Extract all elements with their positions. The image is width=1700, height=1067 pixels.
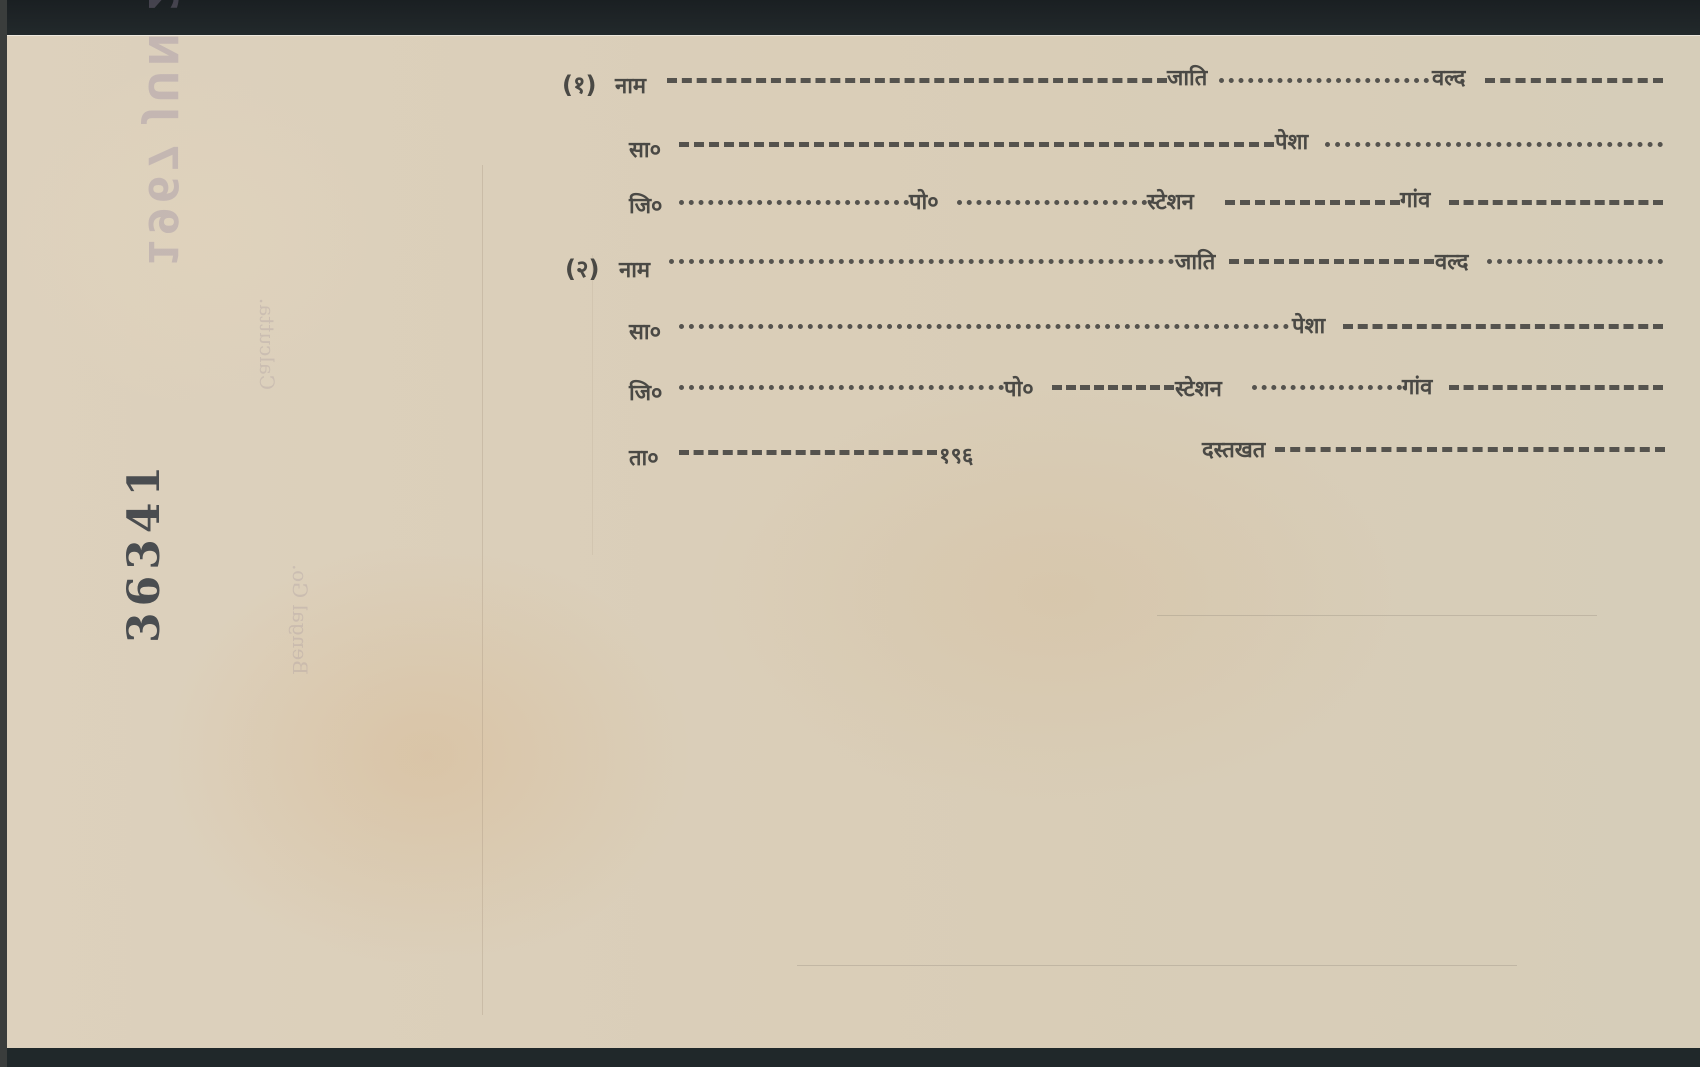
district-field[interactable]: [679, 200, 909, 205]
date-label: ता०: [629, 445, 659, 473]
village-field[interactable]: [1449, 200, 1663, 205]
post-field[interactable]: [957, 200, 1147, 205]
station-field[interactable]: [1225, 200, 1400, 205]
residence-label: सा०: [629, 319, 661, 347]
post-field[interactable]: [1052, 385, 1174, 390]
show-through-text: Bengal Go.: [288, 564, 312, 675]
show-through-line: [1157, 615, 1597, 616]
caste-field[interactable]: [1219, 78, 1429, 83]
section1-row-name: (१) नाम जाति वल्द: [7, 73, 1700, 113]
occupation-label: पेशा: [1275, 129, 1308, 157]
post-label: पो०: [909, 189, 939, 217]
father-field[interactable]: [1487, 259, 1663, 264]
father-label: वल्द: [1432, 65, 1465, 93]
serial-number: 36341: [119, 460, 170, 643]
village-label: गांव: [1402, 374, 1432, 402]
show-through-line: [797, 965, 1517, 966]
section2-row-district: जि० पो० स्टेशन गांव: [7, 380, 1700, 420]
name-field[interactable]: [667, 78, 1167, 83]
caste-field[interactable]: [1229, 259, 1434, 264]
district-label: जि०: [629, 193, 662, 221]
scanner-background-left: [0, 0, 7, 1067]
occupation-field[interactable]: [1325, 142, 1663, 147]
occupation-field[interactable]: [1343, 324, 1663, 329]
district-label: जि०: [629, 380, 662, 408]
signature-field[interactable]: [1275, 447, 1665, 452]
district-field[interactable]: [679, 385, 1004, 390]
station-label: स्टेशन: [1147, 189, 1194, 217]
section2-number: (२): [565, 255, 599, 283]
section1-number: (१): [562, 71, 596, 99]
residence-field[interactable]: [679, 324, 1289, 329]
caste-label: जाति: [1167, 65, 1207, 93]
name-label: नाम: [619, 257, 650, 285]
station-label: स्टेशन: [1175, 376, 1222, 404]
section1-row-district: जि० पो० स्टेशन गांव: [7, 193, 1700, 233]
father-field[interactable]: [1485, 78, 1663, 83]
father-label: वल्द: [1435, 249, 1468, 277]
signature-label: दस्तखत: [1202, 437, 1265, 465]
caste-label: जाति: [1175, 249, 1215, 277]
post-label: पो०: [1004, 376, 1034, 404]
section1-row-residence: सा० पेशा: [7, 135, 1700, 175]
section2-row-name: (२) नाम जाति वल्द: [7, 257, 1700, 297]
year-prefix: १९६: [939, 443, 973, 471]
village-field[interactable]: [1449, 385, 1663, 390]
section2-row-residence: सा० पेशा: [7, 319, 1700, 359]
residence-field[interactable]: [679, 142, 1274, 147]
occupation-label: पेशा: [1292, 313, 1325, 341]
station-field[interactable]: [1252, 385, 1402, 390]
scanner-background-top: [0, 0, 1700, 38]
name-field[interactable]: [669, 259, 1174, 264]
date-field[interactable]: [679, 450, 937, 455]
name-label: नाम: [615, 73, 646, 101]
village-label: गांव: [1400, 187, 1430, 215]
footer-row-date-signature: ता० १९६ दस्तखत: [7, 443, 1700, 483]
scanner-background-bottom: [0, 1048, 1700, 1067]
residence-label: सा०: [629, 137, 661, 165]
form-paper: 1967 JUN 2 Calcutta. Bengal Go. 36341 (१…: [7, 35, 1700, 1048]
